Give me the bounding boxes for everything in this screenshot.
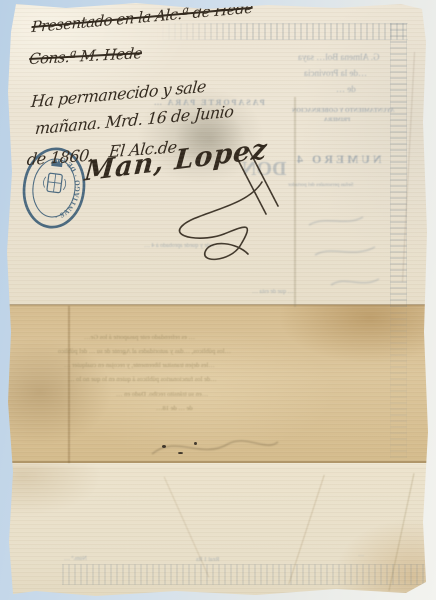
showthrough-office-line-1: AYUNTAMIENTO Y GOBERNACION [292, 108, 394, 114]
showthrough-office-line-2: PRIMERA [324, 117, 350, 123]
ink-speck [178, 452, 183, 454]
showthrough-senas: Señas personales del portador [288, 182, 354, 188]
showthrough-signature-squiggle [146, 430, 286, 468]
showthrough-body-line-5: …en su tránsito recibo. Dado en … [116, 391, 208, 398]
showthrough-foot-center: Real 1 Rs [196, 557, 219, 563]
showthrough-body-line-2: …los públicos, …das y autoridades al Age… [58, 348, 231, 355]
ink-speck [162, 445, 166, 448]
scanner-background: G. Almena Bol… saya …de la Provincia de … [0, 0, 436, 600]
showthrough-body-line-3: …les dejen transitar libremente, y recoj… [64, 362, 215, 369]
showthrough-header-line-3: de … [336, 84, 356, 94]
showthrough-numero: NUMERO 4 [294, 152, 382, 167]
showthrough-body-line-4: …de los funcionarios públicos á quien en… [68, 376, 217, 383]
showthrough-body-line-6: de … de 18… [156, 405, 193, 412]
showthrough-handwriting-squiggle [301, 207, 391, 307]
showthrough-header-line-1: G. Almena Bol… saya [298, 52, 380, 62]
showthrough-header-line-2: …de la Provincia [304, 68, 367, 78]
showthrough-foot-right: … [358, 552, 364, 558]
showthrough-body-line-1: … es refrendado este pasaporte á los Ge… [84, 334, 195, 341]
showthrough-foot-left: Núm.º … [64, 556, 87, 562]
showthrough-mid-line-2: … que de esta … [252, 289, 294, 295]
paper-lower-section [6, 463, 429, 597]
document-paper: G. Almena Bol… saya …de la Provincia de … [6, 2, 429, 597]
ink-speck [194, 442, 197, 445]
signature-rubric-flourish [86, 142, 296, 277]
ink-speck [197, 1, 208, 10]
